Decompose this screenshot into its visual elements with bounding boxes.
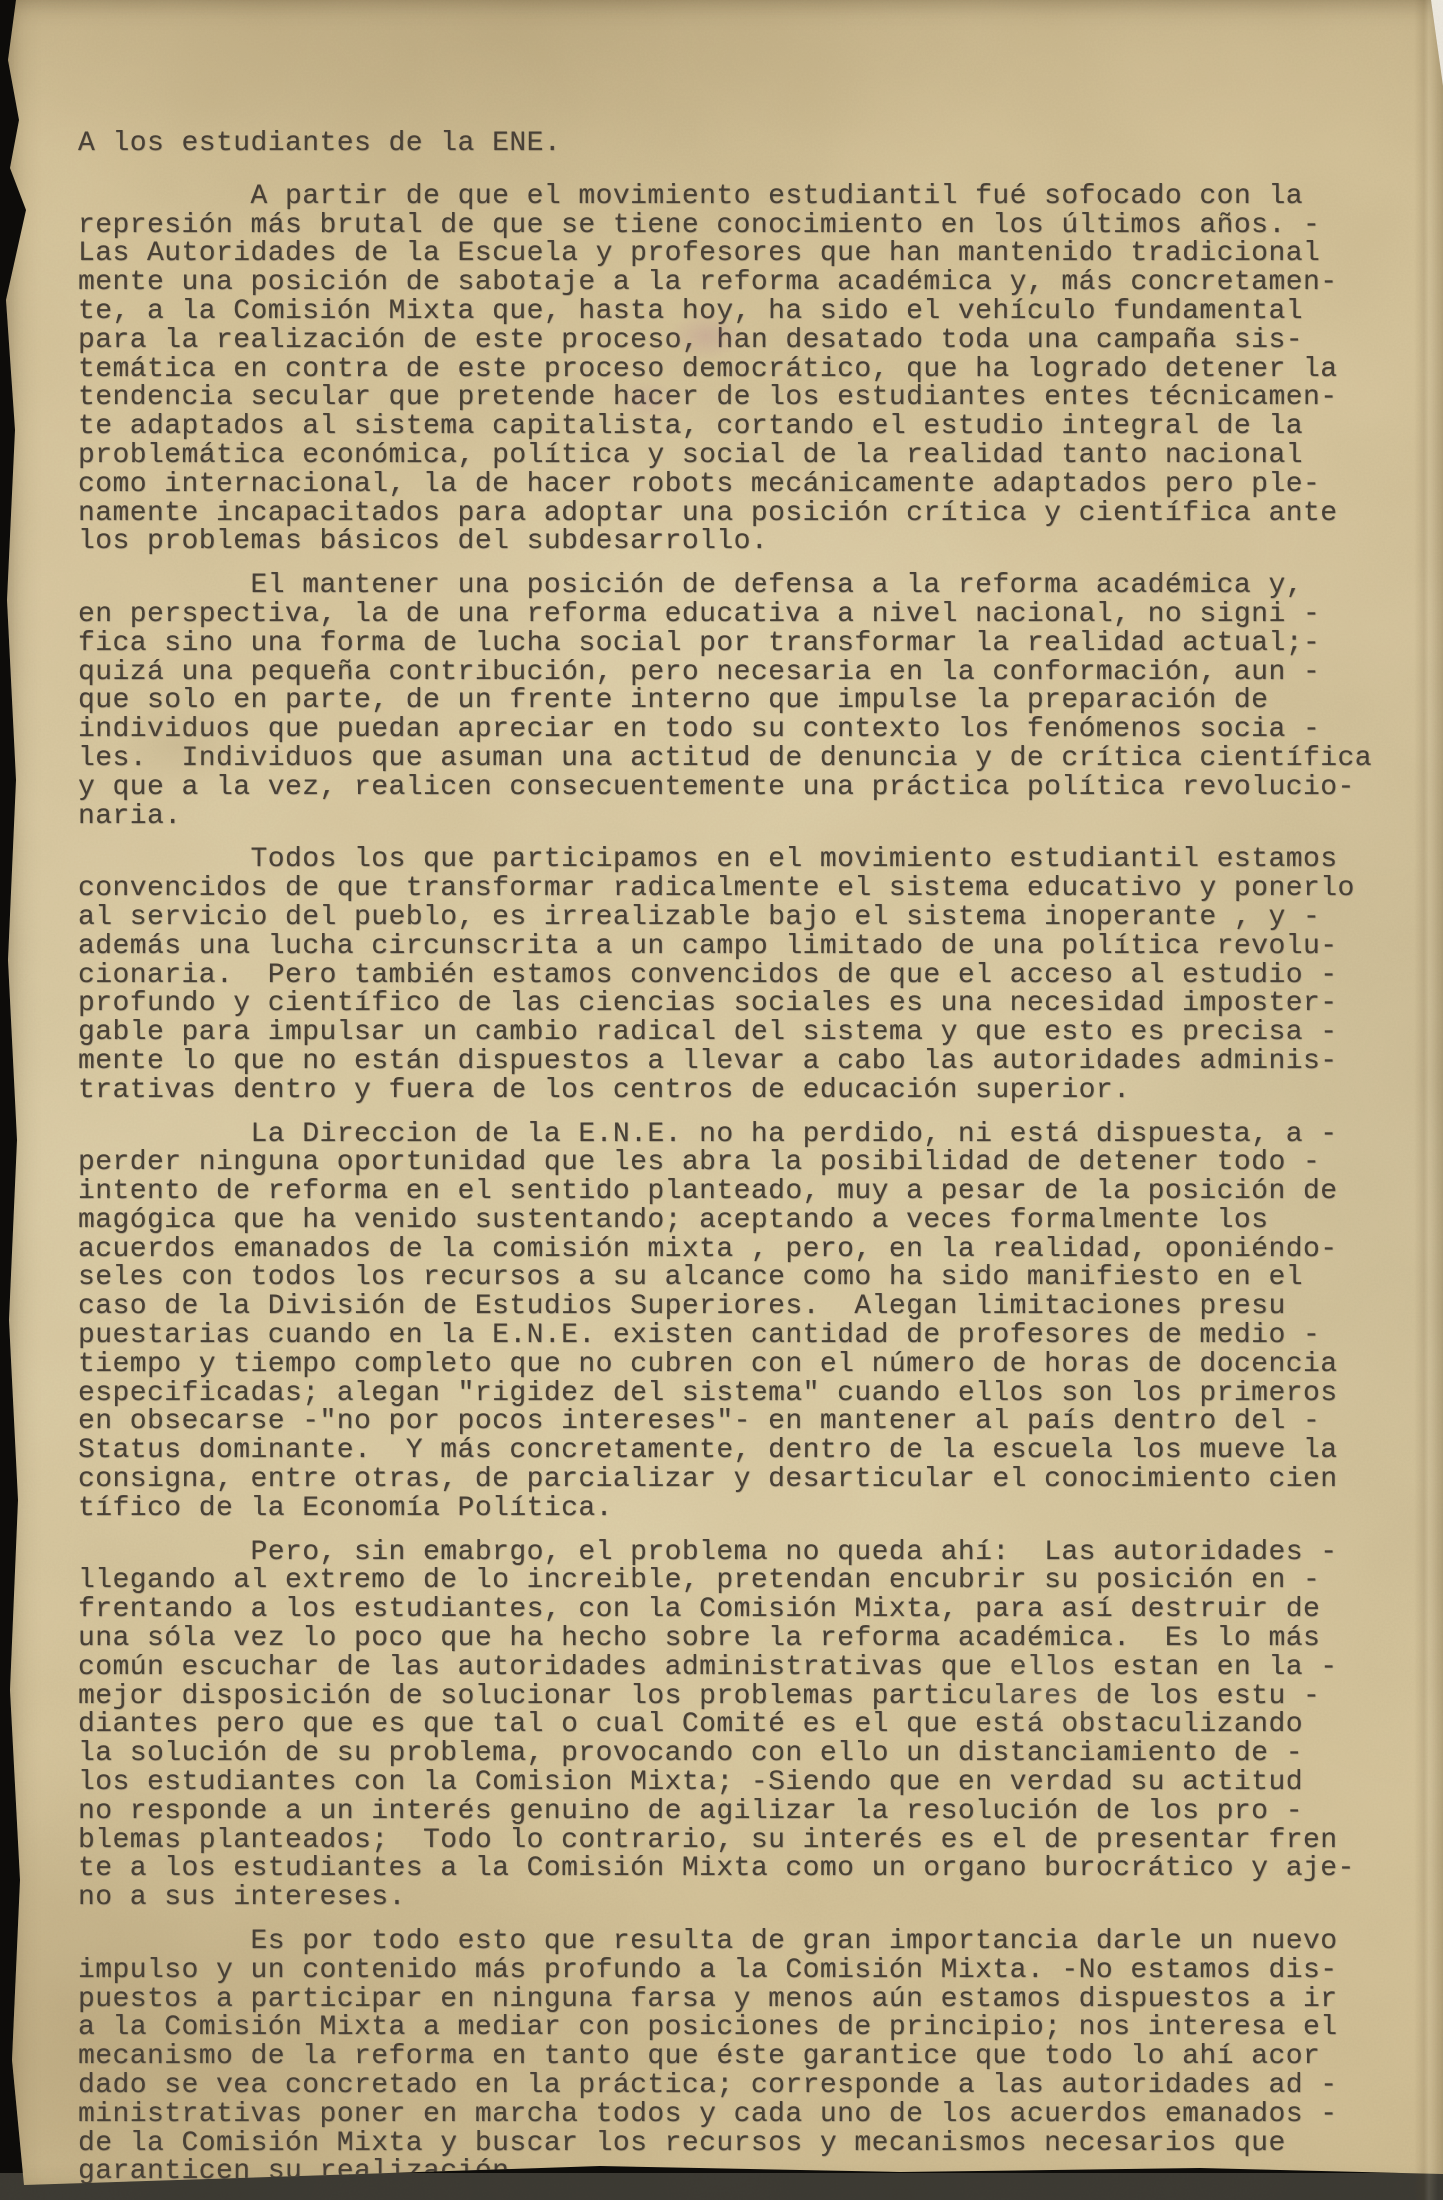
scan-background: A los estudiantes de la ENE. A partir de… [0, 0, 1443, 2200]
document-page: A los estudiantes de la ENE. A partir de… [0, 0, 1443, 2200]
paragraph: Todos los que participamos en el movimie… [78, 846, 1403, 1105]
paragraph: Es por todo esto que resulta de gran imp… [78, 1928, 1403, 2187]
document-salutation: A los estudiantes de la ENE. [78, 130, 1403, 159]
paragraph: A partir de que el movimiento estudianti… [78, 183, 1403, 557]
paragraph: El mantener una posición de defensa a la… [78, 572, 1403, 831]
paragraph: La Direccion de la E.N.E. no ha perdido,… [78, 1121, 1403, 1524]
document-body: A partir de que el movimiento estudianti… [78, 183, 1403, 2187]
paragraph: Pero, sin emabrgo, el problema no queda … [78, 1539, 1403, 1913]
document-text: A los estudiantes de la ENE. A partir de… [0, 0, 1443, 2200]
